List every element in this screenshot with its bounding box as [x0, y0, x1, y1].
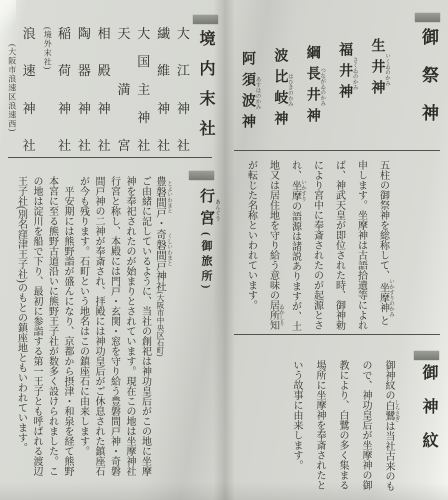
deity-name: 阿須波神あすはのかみ	[240, 38, 261, 150]
deity-list: 生井神いくゐのかみ 福井神さくゐのかみ 綱長井神つながゐのかみ 波比岐神はひきの…	[240, 38, 390, 150]
gosaijin-body: 五柱の御祭神を総称して、坐摩神いかすりのかみと申します。坐摩神は古語拾遺等によれ…	[234, 160, 394, 334]
section-marker	[193, 15, 218, 24]
shrine-name: 繊維神社	[157, 27, 170, 152]
deity-name: 波比岐神はひきのかみ	[272, 38, 293, 150]
divider	[234, 150, 440, 151]
shrine-name: 浪速神社	[23, 27, 36, 152]
outside-massha-note: (境外末社)	[42, 27, 51, 70]
shrine-name: 稲荷神社	[58, 27, 71, 152]
section-marker	[415, 13, 440, 22]
goshinmon-heading: 御神紋	[417, 364, 440, 466]
angu-paragraph: ご由緒に記しているように、当社の創祀は神功皇后がこの地に坐摩神を奉祀されたのが始…	[75, 176, 153, 476]
pamphlet-sheet: 境内末社 大江神社 繊維神社 大国主神社 天満宮 相殿神社 陶器神社 稲荷神社 …	[0, 0, 448, 500]
shrine-name: 大国主神社	[137, 27, 150, 152]
shrine-name: 相殿神社	[98, 27, 111, 152]
deity-name: 福井神さくゐのかみ	[337, 38, 358, 150]
angu-body: 豊磐間戸とよいわまと・奇磐間戸くしいわまと神社(大阪市中央区石町) ご由緒に記し…	[6, 176, 172, 476]
deity-name: 綱長井神つながゐのかみ	[305, 38, 326, 150]
divider	[8, 157, 212, 158]
goshinmon-paragraph: 御神紋の白鷺しらさぎは当社古来のもので、神功皇后が坐摩神の御教により、白鷺の多く…	[285, 360, 400, 492]
section-marker	[189, 171, 214, 180]
left-page: 境内末社 大江神社 繊維神社 大国主神社 天満宮 相殿神社 陶器神社 稲荷神社 …	[0, 0, 224, 500]
angu-heading: 行宮あんぐう(御旅所)	[196, 188, 220, 292]
massha-shrine-list: 大江神社 繊維神社 大国主神社 天満宮 相殿神社 陶器神社 稲荷神社 (境外末社…	[7, 27, 190, 152]
massha-heading: 境内末社	[194, 30, 217, 150]
angu-title: 行宮あんぐう	[198, 188, 214, 232]
angu-subject-shrines: 豊磐間戸とよいわまと・奇磐間戸くしいわまと神社(大阪市中央区石町)	[153, 176, 173, 476]
divider	[234, 334, 440, 335]
shrine-name: 陶器神社	[78, 27, 91, 152]
goshinmon-body: 御神紋の白鷺しらさぎは当社古来のもので、神功皇后が坐摩神の御教により、白鷺の多く…	[262, 360, 400, 492]
section-marker	[414, 351, 439, 360]
right-page: 御祭神 生井神いくゐのかみ 福井神さくゐのかみ 綱長井神つながゐのかみ 波比岐神…	[224, 0, 448, 500]
angu-paragraph: 平安期には熊野詣が盛んになり、京都から摂津・和泉を経て熊野本宮に至る熊野古道沿い…	[13, 176, 75, 476]
branch-shrine-address: (大阪市浪速区浪速西)	[7, 44, 16, 152]
angu-title-suffix: (御旅所)	[200, 232, 212, 292]
gosaijin-paragraph: 五柱の御祭神を総称して、坐摩神いかすりのかみと申します。坐摩神は古語拾遺等によれ…	[240, 160, 395, 334]
deity-name: 生井神いくゐのかみ	[370, 38, 391, 150]
shrine-name: 大江神社	[177, 27, 190, 152]
shrine-name: 天満宮	[117, 27, 130, 152]
gosaijin-heading: 御祭神	[416, 28, 441, 142]
